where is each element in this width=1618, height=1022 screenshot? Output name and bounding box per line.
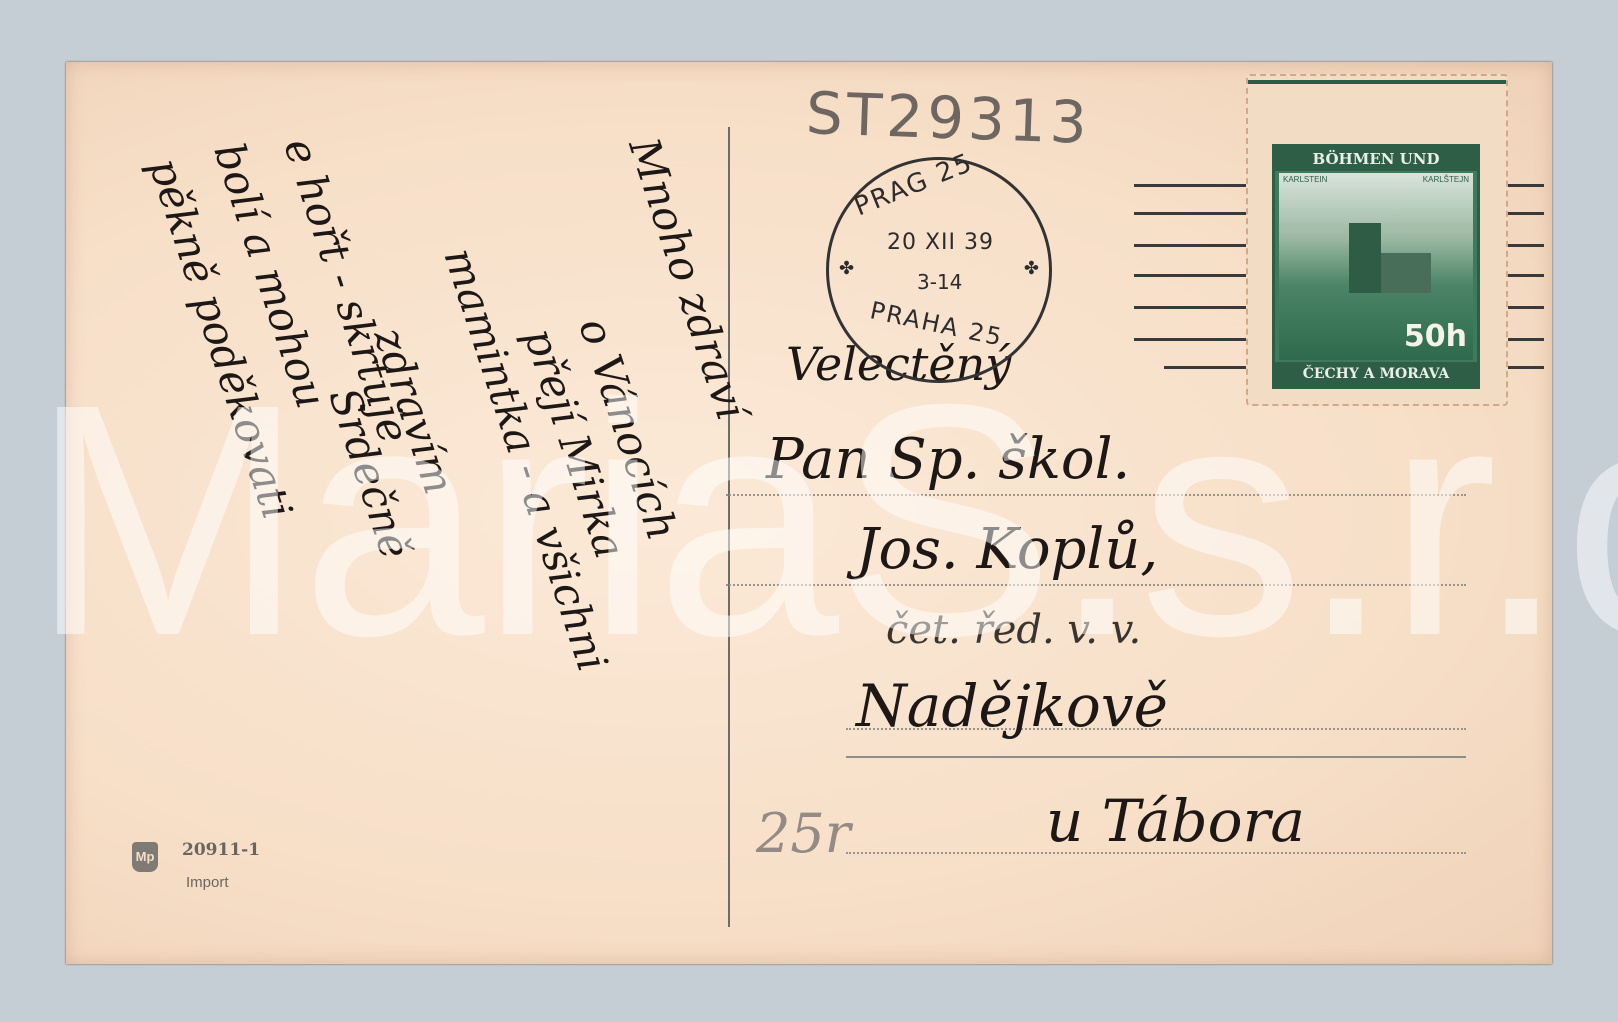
address-line-4: čet. řed. v. v.: [886, 607, 1141, 653]
postage-stamp: BÖHMEN UND MÄHREN KARLSTEIN KARLŠTEJN 50…: [1246, 74, 1508, 406]
publisher-number: 20911-1: [182, 840, 260, 860]
stamp-subtitle-left: KARLSTEIN: [1283, 175, 1327, 184]
stamp-subtitle-right: KARLŠTEJN: [1423, 175, 1469, 184]
address-line-5: Nadějkově: [856, 672, 1168, 740]
stamp-header: BÖHMEN UND MÄHREN: [1275, 147, 1477, 171]
postmark: PRAG 25 20 XII 39 3-14 PRAHA 25 ✤ ✤: [826, 157, 1052, 383]
postmark-time: 3-14: [917, 270, 962, 294]
castle-building-icon: [1381, 253, 1431, 293]
postcard-divider: [728, 127, 730, 927]
postmark-date: 20 XII 39: [887, 230, 994, 255]
postmark-star-icon: ✤: [839, 258, 854, 279]
stamp-footer: ČECHY A MORAVA: [1275, 362, 1477, 386]
address-line-6: u Tábora: [1046, 787, 1305, 855]
address-line: [726, 494, 1466, 496]
stamp-value: 50h: [1404, 319, 1467, 354]
address-line-3: Jos. Koplů,: [856, 517, 1158, 582]
postmark-top-text: PRAG 25: [850, 148, 978, 223]
address-underline: [846, 756, 1466, 758]
address-line: [726, 584, 1466, 586]
publisher-logo: Mp: [132, 842, 158, 872]
reference-code: ST29313: [805, 79, 1092, 157]
castle-tower-icon: [1349, 223, 1381, 293]
stamp-margin-bar: [1248, 80, 1506, 84]
address-line-2: Pan Sp. škol.: [766, 427, 1130, 492]
publisher-import-label: Import: [186, 874, 229, 891]
stamp-design: BÖHMEN UND MÄHREN KARLSTEIN KARLŠTEJN 50…: [1272, 144, 1480, 389]
postmark-star-icon: ✤: [1024, 258, 1039, 279]
message-column: Mnoho zdraví: [619, 132, 756, 425]
postcard-back: ST29313 25r Mp 20911-1 Import Velectěný …: [66, 62, 1552, 964]
pencil-note: 25r: [756, 802, 851, 865]
postmark-bottom-text: PRAHA 25: [868, 296, 1006, 352]
